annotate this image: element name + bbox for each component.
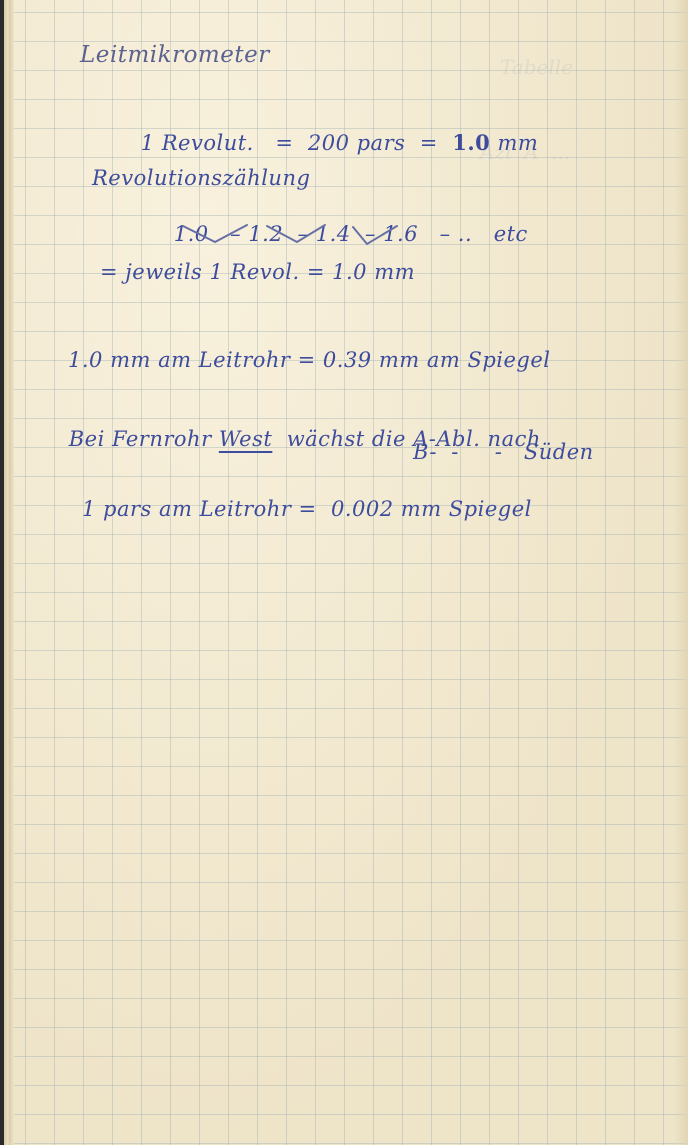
notebook-page: Tabelle Azi A ... Leitmikrometer 1 Revol…	[0, 0, 688, 1145]
telescope-west: West	[219, 427, 273, 451]
page-stack-edge	[4, 0, 14, 1145]
pars-value: 200 pars	[308, 131, 406, 155]
equals-sign: =	[275, 131, 293, 155]
counting-result: = jeweils 1 Revol. = 1.0 mm	[100, 262, 415, 283]
page-title: Leitmikrometer	[80, 44, 270, 67]
counting-heading: Revolutionszählung	[92, 168, 310, 189]
telescope-prefix: Bei Fernrohr	[69, 427, 212, 451]
page-right-edge	[674, 0, 688, 1145]
interval-brackets	[175, 222, 415, 252]
mm-unit: mm	[497, 131, 538, 155]
revolution-label: 1 Revolut.	[141, 131, 254, 155]
sequence-item: – ..	[440, 222, 473, 246]
sequence-item: etc	[494, 222, 528, 246]
equals-sign: =	[420, 131, 438, 155]
conversion-leitrohr-spiegel: 1.0 mm am Leitrohr = 0.39 mm am Spiegel	[68, 350, 551, 371]
mm-value: 1.0	[452, 130, 490, 155]
telescope-note-line-b: B- - - Süden	[413, 442, 594, 463]
conversion-pars-spiegel: 1 pars am Leitrohr = 0.002 mm Spiegel	[82, 499, 532, 520]
bleed-through-text: Tabelle	[500, 55, 573, 79]
